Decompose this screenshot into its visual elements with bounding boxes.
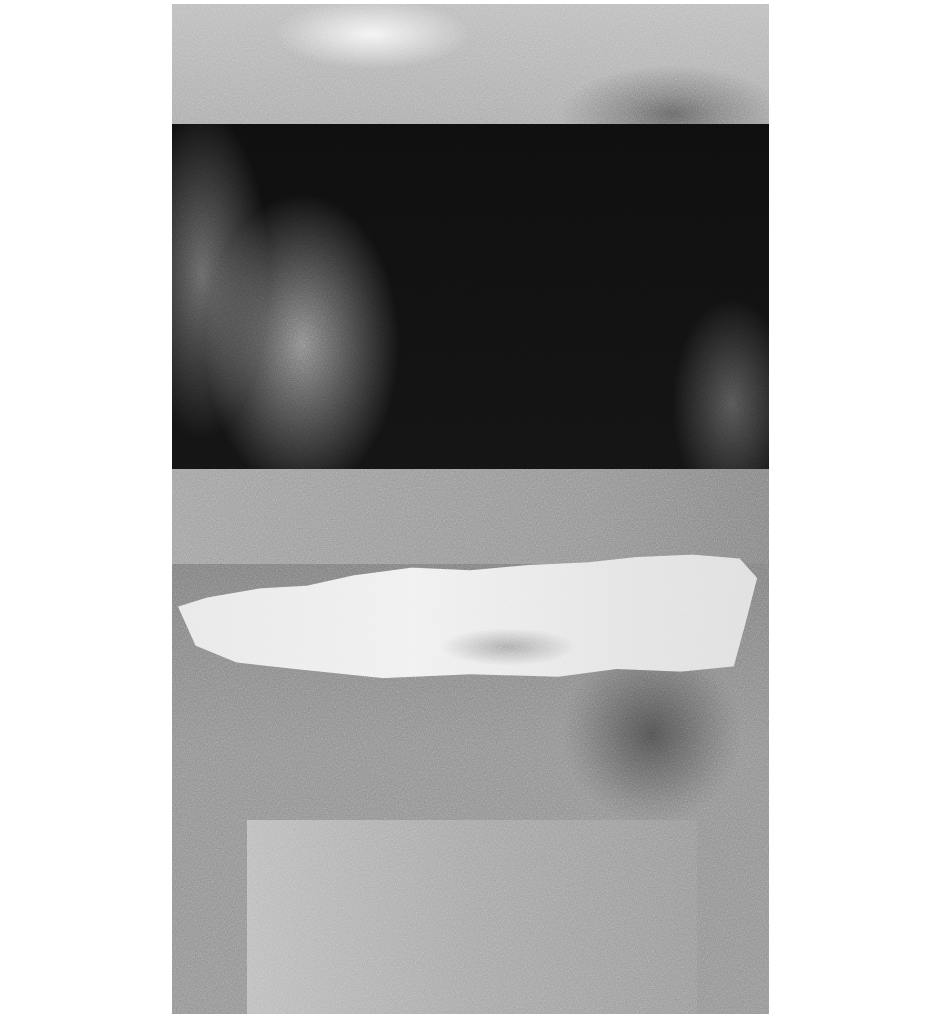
top-light-band — [172, 4, 769, 124]
pale-rectangle — [247, 820, 697, 1014]
artwork-print — [172, 4, 769, 1014]
dark-speckled-rectangle — [172, 124, 769, 469]
mid-grey-band — [172, 469, 769, 564]
